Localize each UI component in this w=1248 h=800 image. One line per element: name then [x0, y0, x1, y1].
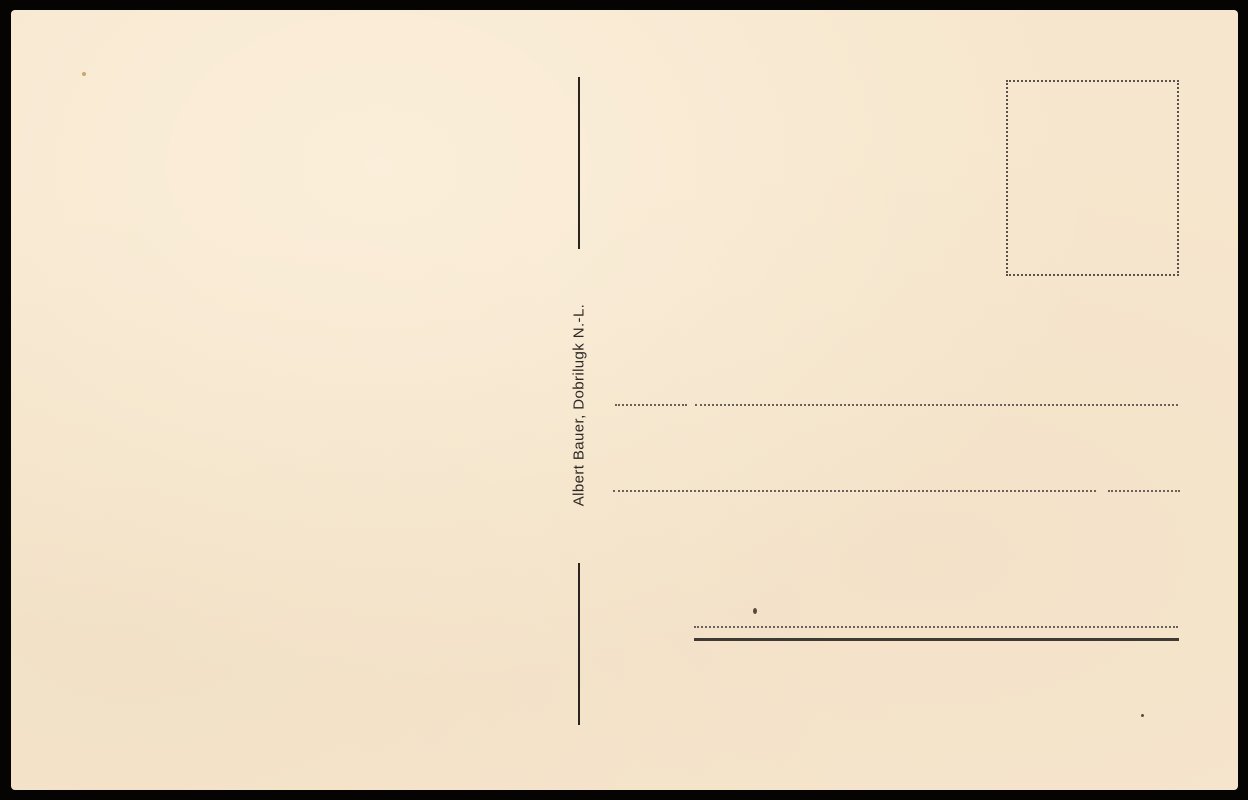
address-line-2 — [613, 490, 1096, 492]
paper-speck — [1141, 714, 1144, 717]
divider-line-bottom — [578, 563, 580, 725]
stamp-placement-box — [1006, 80, 1179, 276]
address-line-3 — [694, 626, 1178, 628]
divider-line-top — [578, 77, 580, 249]
paper-speck — [753, 608, 757, 614]
address-line-4-solid — [694, 638, 1179, 641]
publisher-imprint: Albert Bauer, Dobrilugk N.-L. — [571, 304, 588, 507]
postcard-back: Albert Bauer, Dobrilugk N.-L. — [11, 10, 1238, 790]
paper-stain — [82, 72, 86, 76]
address-line-1 — [695, 404, 1178, 406]
address-line-1-prefix — [615, 404, 687, 406]
address-line-2-suffix — [1108, 490, 1180, 492]
